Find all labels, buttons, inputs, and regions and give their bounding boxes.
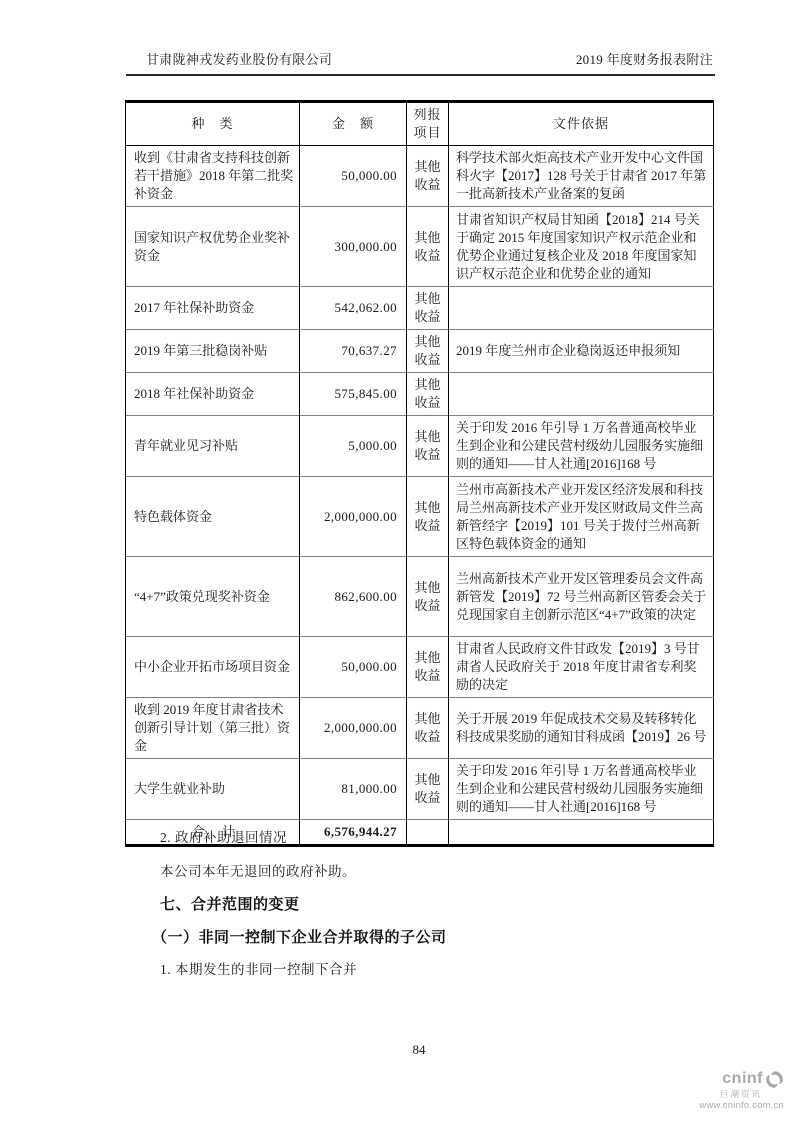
company-name: 甘肃陇神戎发药业股份有限公司 (146, 49, 332, 68)
cninfo-chinese-name: 巨潮资讯 (720, 1090, 762, 1099)
grant-amount: 542,062.00 (300, 287, 407, 330)
grant-amount: 2,000,000.00 (300, 477, 407, 557)
grant-amount: 575,845.00 (300, 373, 407, 416)
running-header: 甘肃陇神戎发药业股份有限公司 2019 年度财务报表附注 (126, 49, 715, 76)
col-header-basis: 文件依据 (449, 102, 714, 146)
cninfo-watermark: cninf 巨潮资讯 www.cninfo.com.cn (678, 1070, 788, 1111)
grant-item: 其他收益 (407, 146, 449, 207)
grant-amount: 70,637.27 (300, 330, 407, 373)
grant-item: 其他收益 (407, 698, 449, 759)
grant-basis (449, 287, 714, 330)
grant-type: 2019 年第三批稳岗补贴 (126, 330, 300, 373)
grant-basis: 科学技术部火炬高技术产业开发中心文件国科火字【2017】128 号关于甘肃省 2… (449, 146, 714, 207)
table-header-row: 种 类 金 额 列报项目 文件依据 (126, 102, 714, 146)
grant-amount: 862,600.00 (300, 557, 407, 637)
grant-amount: 2,000,000.00 (300, 698, 407, 759)
grant-item: 其他收益 (407, 759, 449, 820)
total-amount: 6,576,944.27 (300, 820, 407, 846)
grant-item: 其他收益 (407, 477, 449, 557)
grant-amount: 81,000.00 (300, 759, 407, 820)
grant-amount: 50,000.00 (300, 637, 407, 698)
grant-type: 中小企业开拓市场项目资金 (126, 637, 300, 698)
grant-type: 大学生就业补助 (126, 759, 300, 820)
table-row: 特色载体资金 2,000,000.00 其他收益 兰州市高新技术产业开发区经济发… (126, 477, 714, 557)
grant-type: “4+7”政策兑现奖补资金 (126, 557, 300, 637)
paragraph-refund-title: 2. 政府补助退回情况 (160, 826, 287, 846)
total-basis-empty (449, 820, 714, 846)
grant-type: 特色载体资金 (126, 477, 300, 557)
grant-type: 2018 年社保补助资金 (126, 373, 300, 416)
document-page: 甘肃陇神戎发药业股份有限公司 2019 年度财务报表附注 种 类 金 额 列报项… (0, 0, 793, 1122)
grant-basis (449, 373, 714, 416)
report-title: 2019 年度财务报表附注 (576, 49, 713, 68)
page-number: 84 (125, 1042, 713, 1058)
table-row: 大学生就业补助 81,000.00 其他收益 关于印发 2016 年引导 1 万… (126, 759, 714, 820)
cninfo-url: www.cninfo.com.cn (699, 1101, 784, 1111)
table-row: 中小企业开拓市场项目资金 50,000.00 其他收益 甘肃省人民政府文件甘政发… (126, 637, 714, 698)
grant-basis: 兰州高新技术产业开发区管理委员会文件高新管发【2019】72 号兰州高新区管委会… (449, 557, 714, 637)
grant-basis: 甘肃省人民政府文件甘政发【2019】3 号甘肃省人民政府关于 2018 年度甘肃… (449, 637, 714, 698)
grant-item: 其他收益 (407, 373, 449, 416)
grant-item: 其他收益 (407, 637, 449, 698)
grant-item: 其他收益 (407, 287, 449, 330)
col-header-item: 列报项目 (407, 102, 449, 146)
table-row: 青年就业见习补贴 5,000.00 其他收益 关于印发 2016 年引导 1 万… (126, 416, 714, 477)
grant-amount: 5,000.00 (300, 416, 407, 477)
grant-type: 收到《甘肃省支持科技创新若干措施》2018 年第二批奖补资金 (126, 146, 300, 207)
table-row: 2017 年社保补助资金 542,062.00 其他收益 (126, 287, 714, 330)
grant-amount: 50,000.00 (300, 146, 407, 207)
grant-type: 国家知识产权优势企业奖补资金 (126, 207, 300, 287)
section-heading: 七、合并范围的变更 (160, 893, 300, 914)
grant-basis: 关于开展 2019 年促成技术交易及转移转化科技成果奖励的通知甘科成函【2019… (449, 698, 714, 759)
grant-type: 青年就业见习补贴 (126, 416, 300, 477)
paragraph-refund-text: 本公司本年无退回的政府补助。 (160, 860, 356, 880)
table-row: 收到 2019 年度甘肃省技术创新引导计划（第三批）资金 2,000,000.0… (126, 698, 714, 759)
grant-basis: 2019 年度兰州市企业稳岗返还申报须知 (449, 330, 714, 373)
table-row: 2018 年社保补助资金 575,845.00 其他收益 (126, 373, 714, 416)
grant-amount: 300,000.00 (300, 207, 407, 287)
total-item-empty (407, 820, 449, 846)
col-header-amount: 金 额 (300, 102, 407, 146)
cninfo-logo-text: cninf (722, 1071, 763, 1088)
government-grant-table: 种 类 金 额 列报项目 文件依据 收到《甘肃省支持科技创新若干措施》2018 … (125, 100, 713, 847)
paragraph-merger: 1. 本期发生的非同一控制下合并 (160, 958, 357, 978)
cninfo-swirl-icon (765, 1070, 784, 1089)
grant-type: 2017 年社保补助资金 (126, 287, 300, 330)
col-header-type: 种 类 (126, 102, 300, 146)
grant-basis: 关于印发 2016 年引导 1 万名普通高校毕业生到企业和公建民营村级幼儿园服务… (449, 759, 714, 820)
subsection-heading: （一）非同一控制下企业合并取得的子公司 (152, 926, 447, 947)
grant-basis: 甘肃省知识产权局甘知函【2018】214 号关于确定 2015 年度国家知识产权… (449, 207, 714, 287)
table-row: 国家知识产权优势企业奖补资金 300,000.00 其他收益 甘肃省知识产权局甘… (126, 207, 714, 287)
table-row: 2019 年第三批稳岗补贴 70,637.27 其他收益 2019 年度兰州市企… (126, 330, 714, 373)
table-row: “4+7”政策兑现奖补资金 862,600.00 其他收益 兰州高新技术产业开发… (126, 557, 714, 637)
grant-item: 其他收益 (407, 557, 449, 637)
grant-basis: 关于印发 2016 年引导 1 万名普通高校毕业生到企业和公建民营村级幼儿园服务… (449, 416, 714, 477)
grant-item: 其他收益 (407, 330, 449, 373)
grant-basis: 兰州市高新技术产业开发区经济发展和科技局兰州高新技术产业开发区财政局文件兰高新管… (449, 477, 714, 557)
grant-item: 其他收益 (407, 416, 449, 477)
grant-type: 收到 2019 年度甘肃省技术创新引导计划（第三批）资金 (126, 698, 300, 759)
table-row: 收到《甘肃省支持科技创新若干措施》2018 年第二批奖补资金 50,000.00… (126, 146, 714, 207)
grant-item: 其他收益 (407, 207, 449, 287)
